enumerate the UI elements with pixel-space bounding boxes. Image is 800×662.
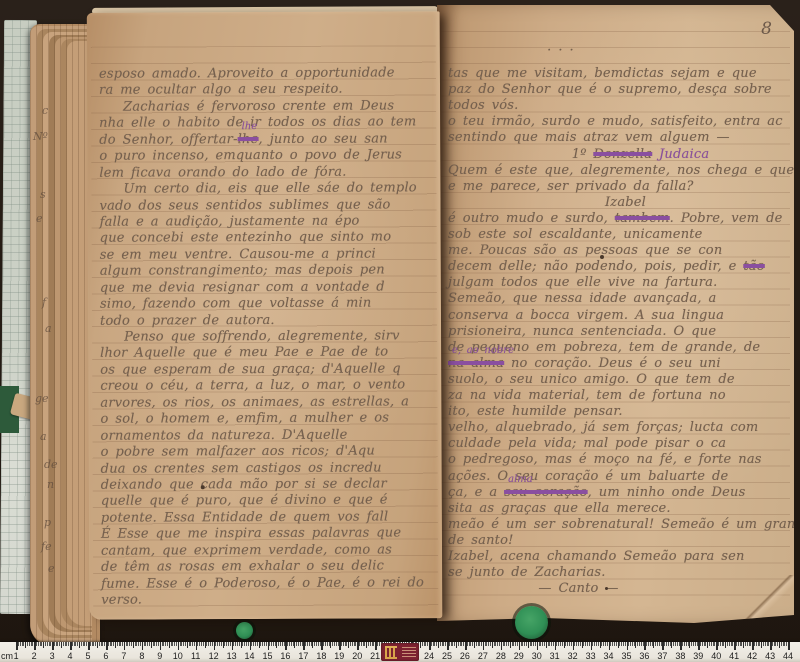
- handwritten-line: dua os crentes sem castigos os incredu: [101, 460, 382, 476]
- handwritten-line: · · ·: [437, 43, 739, 58]
- purple-annotation: e, ao nobre: [452, 345, 514, 356]
- scanned-manuscript-photo: { "photo": { "page_number": "8", "backgr…: [0, 0, 800, 662]
- handwritten-line: nha elle o habito de ir todos os dias ao…: [99, 115, 416, 131]
- handwritten-line: do Senhor, offertar-lhelhe, junto ao seu…: [99, 131, 388, 147]
- handwritten-line: cantam, que exprimem verdade, como as: [101, 542, 392, 558]
- stray-ink-mark: n: [47, 478, 54, 491]
- handwritten-line: esposo amado. Aproveito a opportunidade: [99, 65, 395, 81]
- handwritten-line: — Canto —: [437, 581, 757, 596]
- handwritten-line: creou o céu, a terra, a luz, o mar, o ve…: [100, 378, 405, 394]
- handwritten-line: sita as graças que ella merece.: [448, 501, 671, 516]
- stray-ink-mark: de: [44, 458, 58, 471]
- handwritten-line: ra me ocultar algo a seu respeito.: [99, 82, 343, 98]
- handwritten-line: que concebi este entezinho que sinto mo: [100, 230, 392, 246]
- ink-speck: [600, 255, 604, 259]
- stray-ink-mark: a: [40, 430, 47, 443]
- handwritten-line: potente. Essa Entidade de quem vos fall: [101, 509, 389, 525]
- handwritten-line: que me devia resignar com a vontade d: [100, 279, 385, 295]
- handwritten-line: lem ficava orando do lado de fóra.: [99, 164, 346, 180]
- handwritten-line: Quem é este que, alegremente, nos chega …: [448, 163, 794, 178]
- stray-ink-mark: c: [42, 104, 48, 117]
- handwritten-line: e me parece, ser privado da falla?: [448, 179, 694, 194]
- handwritten-line: e, ao nobrena alma no coração. Deus é o …: [448, 356, 721, 371]
- scanner-ruler: cm 1234567891011121314151617181920212223…: [0, 642, 800, 662]
- handwritten-line: se junto de Zacharias.: [448, 565, 606, 580]
- handwritten-line: todos vós.: [448, 98, 518, 113]
- stray-ink-mark: ge: [35, 392, 49, 405]
- stray-ink-mark: fe: [41, 540, 52, 553]
- corner-fold: [738, 575, 794, 623]
- stray-ink-mark: e: [48, 562, 55, 575]
- handwritten-line: ornamentos da natureza. D'Aquelle: [100, 427, 347, 443]
- handwritten-line: de santo!: [448, 533, 514, 548]
- handwritten-line: Zacharias é fervoroso crente em Deus: [123, 98, 394, 114]
- handwritten-line: decem delle; não podendo, pois, pedir, e…: [448, 259, 765, 274]
- handwritten-line: todo o prazer de autora.: [100, 313, 275, 329]
- handwritten-line: ações. O seu coração é um baluarte de: [448, 469, 728, 484]
- handwritten-line: suolo, o seu unico amigo. O que tem de: [448, 372, 735, 387]
- handwritten-line: lhor Aquelle que é meu Pae e Pae de to: [100, 345, 388, 361]
- archive-stamp-text: [402, 647, 416, 657]
- handwritten-line: me. Poucas são as pessoas que se con: [448, 243, 722, 258]
- handwritten-line: os que esperam de sua graça; d'Aquelle q: [100, 361, 401, 377]
- handwritten-line: Izabel, acena chamando Semeão para sen: [448, 549, 745, 564]
- handwritten-line: deixando que cada mão por si se declar: [101, 476, 387, 492]
- handwritten-line: de têm as rosas em exhalar o seu delic: [101, 559, 384, 575]
- stray-ink-mark: s: [40, 188, 46, 201]
- handwritten-line: velho, alquebrado, já sem forças; lucta …: [448, 420, 758, 435]
- handwritten-line: Semeão, que nessa idade avançada, a: [448, 291, 717, 306]
- archive-stamp: [381, 643, 419, 661]
- handwritten-line: algum constrangimento; mas depois pen: [100, 263, 385, 279]
- handwritten-line: se em meu ventre. Causou-me a princi: [100, 246, 376, 262]
- handwritten-line: simo, fazendo com que voltasse á min: [100, 296, 372, 312]
- handwritten-line: ito, este humilde pensar.: [448, 404, 623, 419]
- stray-ink-mark: Nº: [33, 130, 48, 143]
- ruler-number: 44: [778, 651, 798, 661]
- handwritten-line: é outro mudo e surdo, tambem. Pobre, vem…: [448, 211, 783, 226]
- handwritten-line: Penso que soffrendo, alegremente, sirv: [124, 328, 400, 344]
- stray-ink-mark: e: [36, 212, 43, 225]
- handwritten-line: fume. Esse é o Poderoso, é o Pae, é o re…: [101, 575, 424, 591]
- page-number: 8: [761, 19, 772, 39]
- green-sticker-left: [236, 622, 253, 639]
- handwritten-line: sentindo que mais atraz vem alguem —: [448, 130, 730, 145]
- archive-building-icon: [385, 646, 397, 659]
- handwritten-line: verso.: [101, 593, 142, 608]
- handwritten-line: za na vida material, tem de fortuna no: [448, 388, 726, 403]
- handwritten-line: o sol, o homem e, emfim, a mulher e os: [100, 411, 389, 427]
- handwritten-line: vado dos seus sentidos sublimes que são: [99, 197, 390, 213]
- handwritten-line: meão é um ser sobrenatural! Semeão é um …: [448, 517, 794, 532]
- right-page: 8 · · ·tas que me visitam, bemdictas sej…: [437, 5, 794, 623]
- handwritten-line: paz do Senhor que é o supremo, desça sob…: [448, 82, 772, 97]
- handwritten-line: quelle que é puro, que é divino e que é: [101, 493, 388, 509]
- handwritten-line: 1º Donzella Judaica: [462, 147, 794, 162]
- handwritten-line: falla e a audição, justamente na épo: [100, 214, 360, 230]
- handwritten-line: arvores, os rios, os animaes, as estrell…: [100, 394, 409, 410]
- stray-ink-mark: p: [44, 516, 51, 529]
- handwritten-line: tas que me visitam, bemdictas sejam e qu…: [448, 66, 757, 81]
- green-sticker-right: [515, 606, 548, 639]
- handwritten-line: ça, e a almaseu coração, um ninho onde D…: [448, 485, 745, 500]
- handwritten-line: Izabel: [447, 195, 794, 210]
- handwritten-line: Um certo dia, eis que elle sáe do templo: [123, 180, 416, 196]
- handwritten-line: prisioneira, nunca sentenciada. O que: [448, 324, 716, 339]
- handwritten-line: o pedregoso, mas é moço na fé, e forte n…: [448, 452, 762, 467]
- stray-ink-mark: f: [42, 296, 46, 309]
- ink-speck: [201, 485, 205, 489]
- ink-speck: [605, 587, 608, 590]
- stray-ink-mark: a: [45, 322, 52, 335]
- purple-annotation: alma: [508, 474, 533, 485]
- handwritten-line: sob este sol escaldante, unicamente: [448, 227, 703, 242]
- handwritten-line: conserva a bocca virgem. A sua lingua: [448, 308, 724, 323]
- handwritten-line: o pobre sem malfazer aos ricos; d'Aqu: [101, 444, 375, 460]
- handwritten-line: julgam todos que elle vive na fartura.: [448, 275, 717, 290]
- handwritten-line: É Esse que me inspira essas palavras que: [101, 526, 401, 542]
- handwritten-line: culdade pela vida; mal pode pisar o ca: [448, 436, 726, 451]
- purple-annotation: lhe: [242, 121, 258, 132]
- handwritten-line: o puro incenso, emquanto o povo de Jerus: [99, 148, 402, 164]
- handwritten-line: o teu irmão, surdo e mudo, satisfeito, e…: [448, 114, 783, 129]
- left-page: esposo amado. Aproveito a opportunidader…: [87, 11, 443, 620]
